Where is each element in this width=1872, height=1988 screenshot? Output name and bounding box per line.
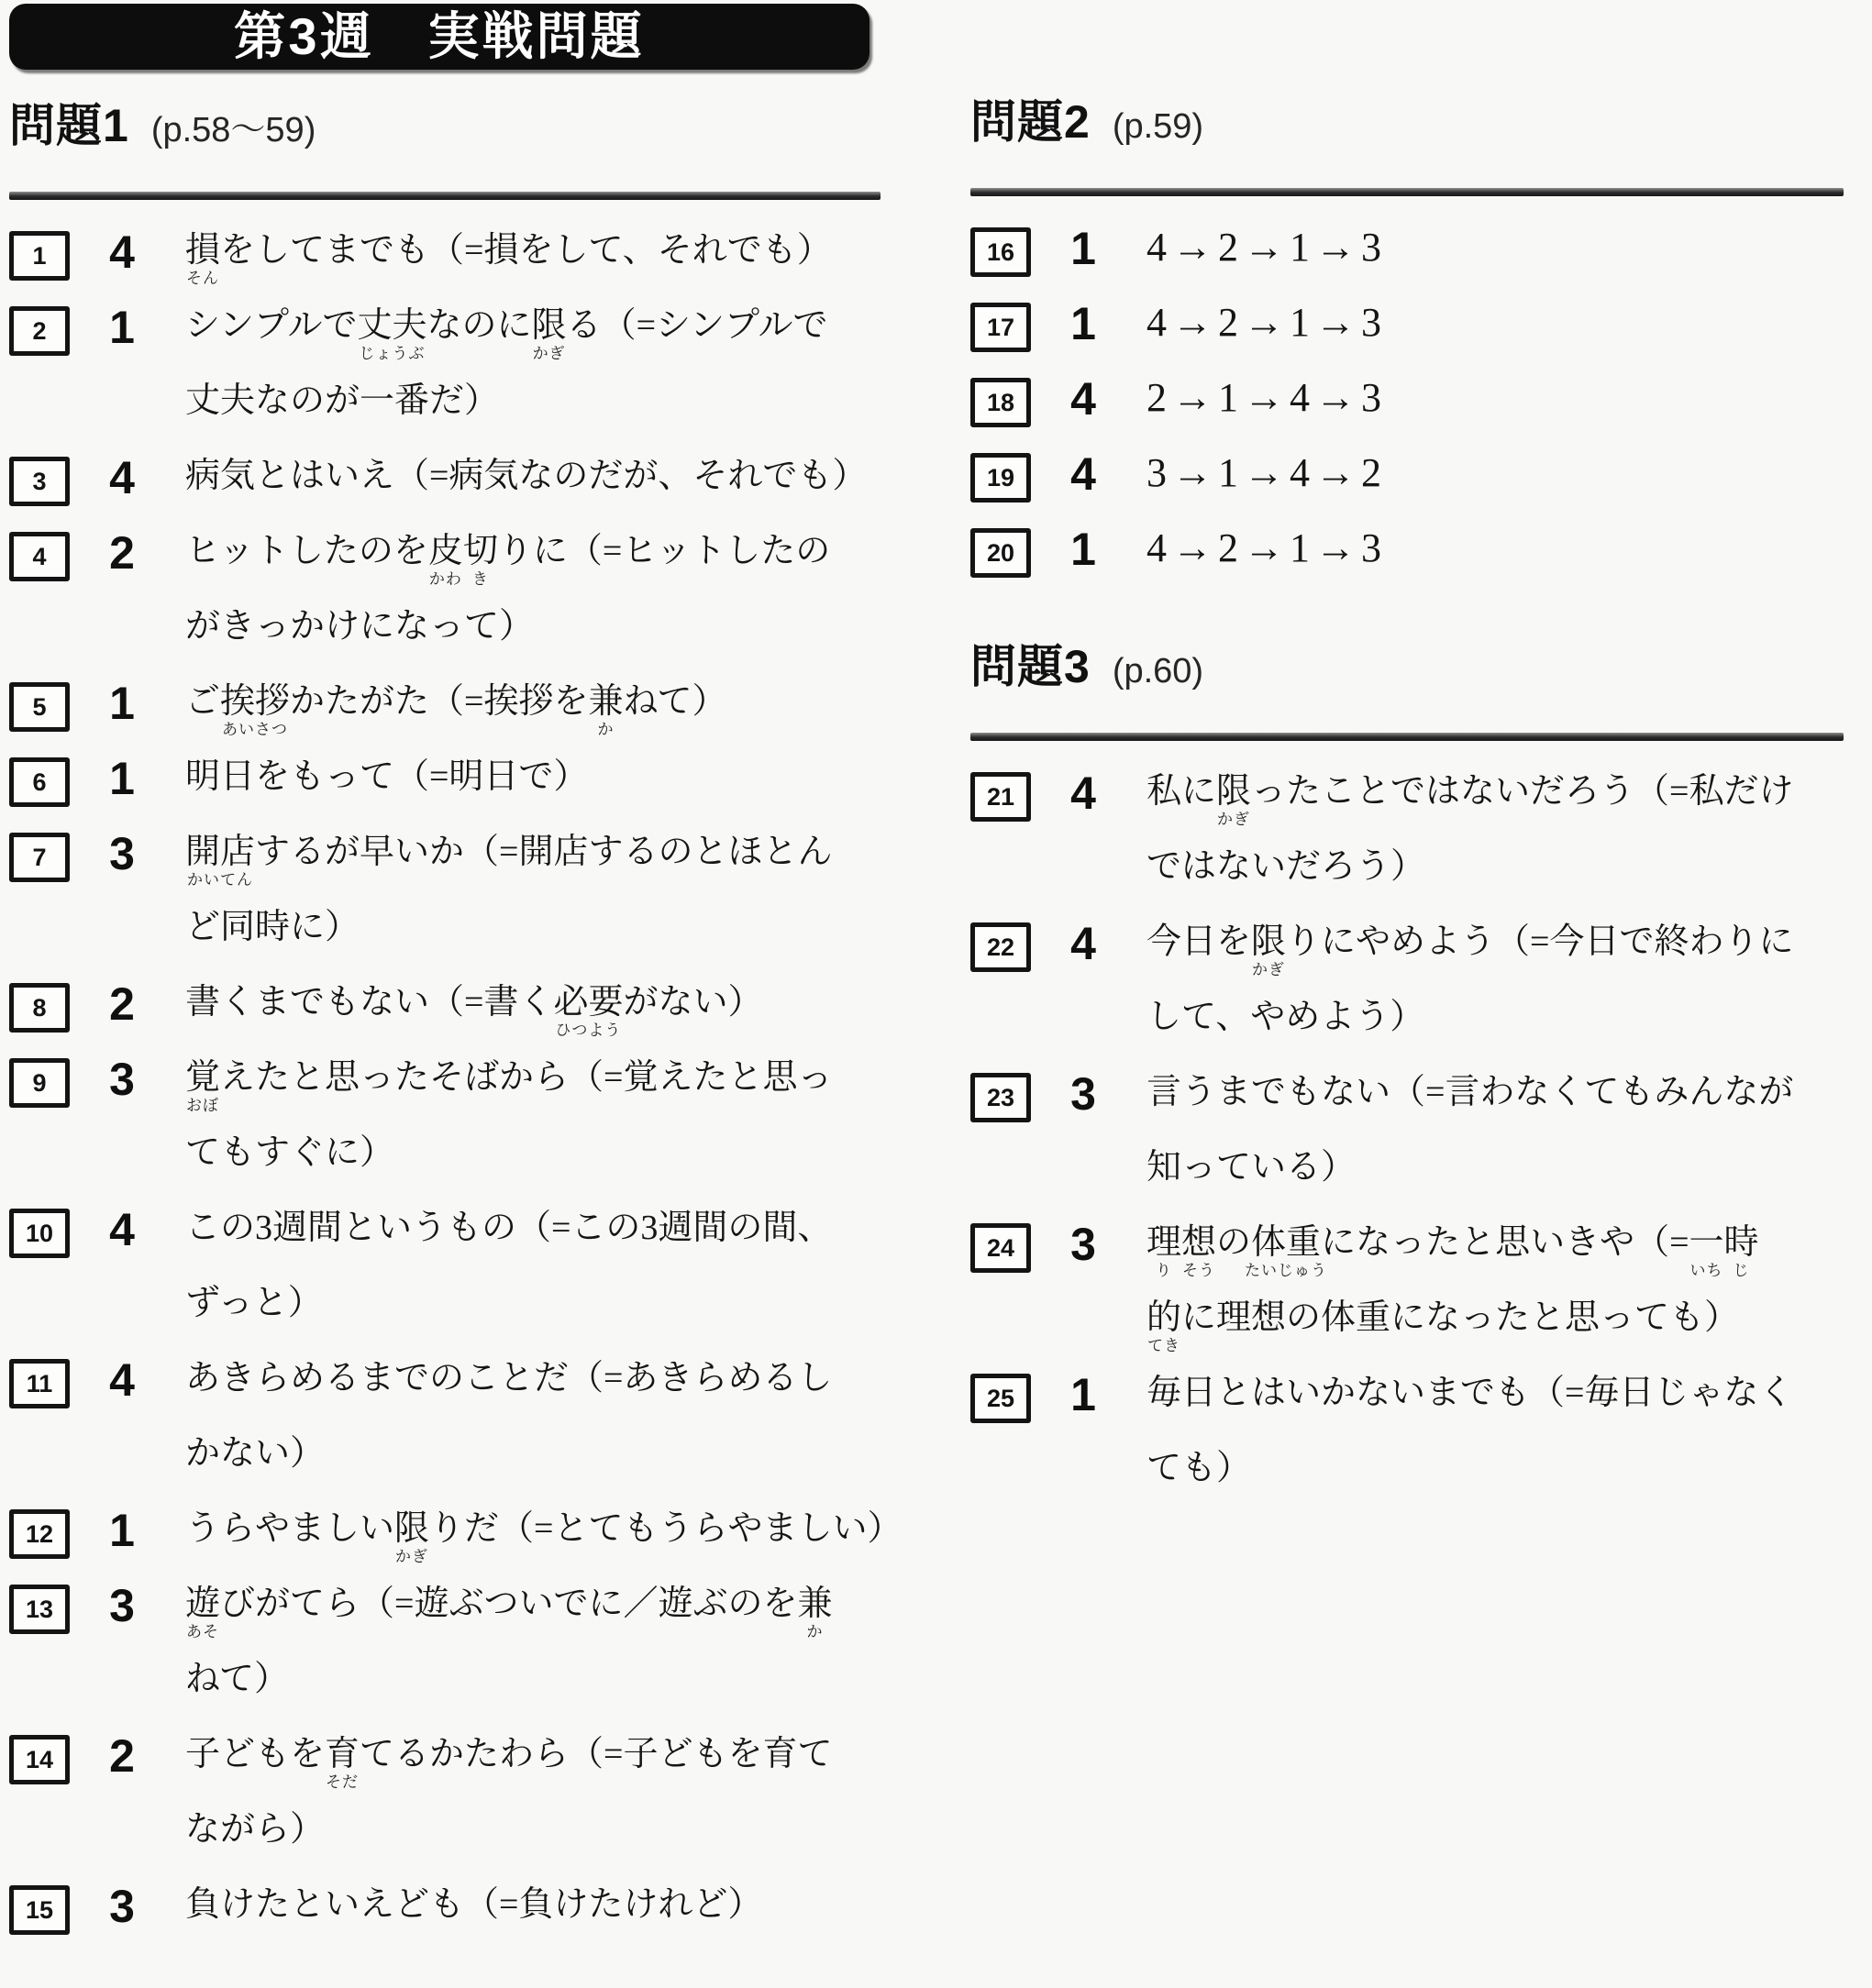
answer-line: 今日を限かぎりにやめよう（=今日で終わりに	[1146, 919, 1793, 994]
sequence-text: 2→1→4→3	[1146, 374, 1387, 449]
ruby-base: 挨拶	[220, 682, 290, 721]
section-mondai3: 問題3 (p.60) 214私に限かぎったことではないだろう（=私だけではないだ…	[970, 642, 1844, 1520]
answer-text: 2→1→4→3	[1146, 374, 1387, 449]
ruby-word: 育そだ	[325, 1731, 360, 1777]
ruby-word: 必要ひつよう	[553, 979, 623, 1025]
furigana: か	[806, 1624, 823, 1640]
answer-line: ずっと）	[185, 1280, 832, 1355]
answer-item: 34病気とはいえ（=病気なのだが、それでも）	[9, 453, 881, 528]
answer-item: 121うらやましい限かぎりだ（=とてもうらやましい）	[9, 1506, 881, 1581]
ruby-base: 育	[325, 1735, 360, 1773]
week-title-banner: 第3週 実戦問題	[9, 4, 870, 70]
ruby-base: 限	[1216, 772, 1251, 811]
answer-item: 142子どもを育そだてるかたわら（=子どもを育てながら）	[9, 1731, 881, 1882]
sequence-text: 4→2→1→3	[1146, 299, 1387, 374]
ruby-base: 時	[1724, 1223, 1759, 1262]
answer-line: この3週間というもの（=この3週間の間、	[185, 1205, 832, 1280]
answer-line: 開店かいてんするが早いか（=開店するのとほとん	[185, 829, 832, 904]
answer-number: 4	[1055, 768, 1112, 818]
answer-line: 覚おぼえたと思ったそばから（=覚えたと思っ	[185, 1055, 832, 1130]
question-number-box: 6	[9, 757, 70, 807]
answer-text: 開店かいてんするが早いか（=開店するのとほとんど同時に）	[185, 829, 832, 979]
answer-item: 61明日をもって（=明日で）	[9, 754, 881, 829]
answer-line: ねて）	[185, 1656, 832, 1731]
ruby-base: 一	[1689, 1223, 1724, 1262]
ruby-word: 遊あそ	[185, 1581, 220, 1627]
answer-item: 82書くまでもない（=書く必要ひつようがない）	[9, 979, 881, 1055]
answer-text: 病気とはいえ（=病気なのだが、それでも）	[185, 453, 867, 528]
answer-number: 4	[1055, 449, 1112, 499]
section-mondai1: 問題1 (p.58～59) 14損そんをしてまでも（=損をして、それでも）21シ…	[9, 101, 881, 1957]
answer-line: 遊あそびがてら（=遊ぶついでに／遊ぶのを兼か	[185, 1581, 832, 1656]
section-page-range: (p.59)	[1113, 107, 1203, 147]
answer-line: ご挨拶あいさつかたがた（=挨拶を兼かねて）	[185, 679, 727, 754]
question-number-box: 24	[970, 1223, 1031, 1273]
answer-line: 病気とはいえ（=病気なのだが、それでも）	[185, 453, 867, 528]
question-number-box: 22	[970, 922, 1031, 972]
answer-text: ご挨拶あいさつかたがた（=挨拶を兼かねて）	[185, 679, 727, 754]
answer-line: 私に限かぎったことではないだろう（=私だけ	[1146, 768, 1793, 844]
furigana: ひつよう	[555, 1022, 621, 1038]
answer-number: 4	[94, 1205, 150, 1254]
question-number-box: 25	[970, 1374, 1031, 1423]
ruby-base: 損	[185, 231, 220, 270]
answer-number: 2	[94, 528, 150, 578]
section-divider-rule	[970, 733, 1844, 741]
answer-number: 3	[1055, 1069, 1112, 1119]
answer-text: 4→2→1→3	[1146, 224, 1387, 299]
section-title: 問題1	[9, 101, 129, 151]
answer-line: がきっかけになって）	[185, 603, 830, 679]
answer-number: 1	[94, 1506, 150, 1555]
answer-item: 214私に限かぎったことではないだろう（=私だけではないだろう）	[970, 768, 1844, 919]
furigana: かぎ	[1252, 962, 1285, 977]
answer-list: 214私に限かぎったことではないだろう（=私だけではないだろう）224今日を限か…	[970, 768, 1844, 1520]
answer-item: 233言うまでもない（=言わなくてもみんなが知っている）	[970, 1069, 1844, 1220]
answer-number: 4	[94, 1355, 150, 1405]
ruby-base: 丈夫	[358, 306, 427, 345]
answer-number: 1	[1055, 525, 1112, 574]
answer-text: シンプルで丈夫じょうぶなのに限かぎる（=シンプルで丈夫なのが一番だ）	[185, 303, 828, 453]
answer-number: 1	[94, 303, 150, 352]
question-number-box: 2	[9, 306, 70, 356]
ruby-word: 開店かいてん	[185, 829, 255, 875]
answer-number: 1	[1055, 1370, 1112, 1419]
right-column: 問題2 (p.59) 1614→2→1→31714→2→1→31842→1→4→…	[970, 4, 1844, 1520]
ruby-word: 一いち	[1689, 1220, 1724, 1265]
ruby-word: 覚おぼ	[185, 1055, 220, 1100]
answer-line: あきらめるまでのことだ（=あきらめるし	[185, 1355, 832, 1430]
furigana: たいじゅう	[1245, 1263, 1327, 1278]
answer-text: 4→2→1→3	[1146, 299, 1387, 374]
answer-line: 的てきに理想の体重になったと思っても）	[1146, 1295, 1759, 1370]
question-number-box: 13	[9, 1585, 70, 1634]
answer-number: 1	[1055, 299, 1112, 348]
answer-text: 子どもを育そだてるかたわら（=子どもを育てながら）	[185, 1731, 832, 1882]
question-number-box: 19	[970, 453, 1031, 503]
answer-line: 書くまでもない（=書く必要ひつようがない）	[185, 979, 762, 1055]
furigana: かいてん	[187, 872, 253, 888]
answer-line: ど同時に）	[185, 904, 832, 979]
furigana: あいさつ	[222, 722, 288, 737]
answer-item: 104この3週間というもの（=この3週間の間、ずっと）	[9, 1205, 881, 1355]
section-title: 問題3	[970, 642, 1091, 692]
ruby-base: 想	[1181, 1223, 1216, 1262]
sequence-text: 4→2→1→3	[1146, 224, 1387, 299]
ruby-base: 覚	[185, 1058, 220, 1097]
furigana: か	[597, 722, 614, 737]
section-heading-row: 問題3 (p.60)	[970, 642, 1844, 692]
answer-item: 153負けたといえども（=負けたけれど）	[9, 1882, 881, 1957]
answer-number: 1	[94, 679, 150, 728]
answer-item: 1943→1→4→2	[970, 449, 1844, 525]
answer-text: この3週間というもの（=この3週間の間、ずっと）	[185, 1205, 832, 1355]
question-number-box: 18	[970, 378, 1031, 427]
answer-item: 224今日を限かぎりにやめよう（=今日で終わりにして、やめよう）	[970, 919, 1844, 1069]
ruby-base: 限	[532, 306, 567, 345]
answer-text: 損そんをしてまでも（=損をして、それでも）	[185, 227, 832, 303]
furigana: てき	[1147, 1338, 1180, 1353]
question-number-box: 3	[9, 457, 70, 506]
ruby-word: 兼か	[797, 1581, 832, 1627]
answer-item: 133遊あそびがてら（=遊ぶついでに／遊ぶのを兼かねて）	[9, 1581, 881, 1731]
question-number-box: 17	[970, 303, 1031, 352]
answer-text: 覚おぼえたと思ったそばから（=覚えたと思ってもすぐに）	[185, 1055, 832, 1205]
ruby-word: 限かぎ	[1216, 768, 1251, 814]
answer-line: ヒットしたのを皮かわ切きりに（=ヒットしたの	[185, 528, 830, 603]
answer-item: 2014→2→1→3	[970, 525, 1844, 600]
answer-text: 負けたといえども（=負けたけれど）	[185, 1882, 762, 1957]
left-column: 第3週 実戦問題 問題1 (p.58～59) 14損そんをしてまでも（=損をして…	[9, 4, 881, 1957]
answer-number: 4	[94, 453, 150, 503]
answer-text: 言うまでもない（=言わなくてもみんなが知っている）	[1146, 1069, 1793, 1220]
ruby-word: 丈夫じょうぶ	[358, 303, 427, 348]
question-number-box: 9	[9, 1058, 70, 1108]
furigana: いち	[1690, 1263, 1723, 1278]
question-number-box: 23	[970, 1073, 1031, 1122]
ruby-base: 的	[1146, 1298, 1181, 1337]
question-number-box: 8	[9, 983, 70, 1033]
answer-text: 理り想そうの体重たいじゅうになったと思いきや（=一いち時じ的てきに理想の体重にな…	[1146, 1220, 1759, 1370]
ruby-word: 理り	[1146, 1220, 1181, 1265]
ruby-base: 限	[394, 1509, 429, 1548]
furigana: り	[1156, 1263, 1172, 1278]
furigana: そだ	[326, 1774, 359, 1790]
answer-number: 2	[94, 1731, 150, 1781]
question-number-box: 14	[9, 1735, 70, 1784]
answer-line: 毎日とはいかないまでも（=毎日じゃなく	[1146, 1370, 1793, 1445]
furigana: き	[472, 571, 489, 587]
answer-item: 93覚おぼえたと思ったそばから（=覚えたと思ってもすぐに）	[9, 1055, 881, 1205]
answer-line: うらやましい限かぎりだ（=とてもうらやましい）	[185, 1506, 902, 1581]
ruby-base: 皮	[428, 532, 463, 570]
ruby-base: 必要	[553, 983, 623, 1022]
answer-text: 私に限かぎったことではないだろう（=私だけではないだろう）	[1146, 768, 1793, 919]
furigana: あそ	[186, 1624, 219, 1640]
answer-line: 理り想そうの体重たいじゅうになったと思いきや（=一いち時じ	[1146, 1220, 1759, 1295]
furigana: かぎ	[1217, 812, 1250, 827]
question-number-box: 20	[970, 528, 1031, 578]
answer-text: うらやましい限かぎりだ（=とてもうらやましい）	[185, 1506, 902, 1581]
question-number-box: 5	[9, 682, 70, 732]
section-divider-rule	[970, 188, 1844, 196]
ruby-base: 開店	[185, 833, 255, 871]
furigana: じ	[1734, 1263, 1750, 1278]
question-number-box: 10	[9, 1209, 70, 1258]
ruby-base: 切	[463, 532, 498, 570]
week-title: 第3週 実戦問題	[234, 11, 644, 62]
ruby-word: 切き	[463, 528, 498, 574]
ruby-word: 皮かわ	[428, 528, 463, 574]
question-number-box: 4	[9, 532, 70, 581]
answer-line: 子どもを育そだてるかたわら（=子どもを育て	[185, 1731, 832, 1806]
ruby-word: 的てき	[1146, 1295, 1181, 1341]
answer-item: 243理り想そうの体重たいじゅうになったと思いきや（=一いち時じ的てきに理想の体…	[970, 1220, 1844, 1370]
answer-line: 丈夫なのが一番だ）	[185, 378, 828, 453]
answer-number: 1	[94, 754, 150, 803]
question-number-box: 16	[970, 227, 1031, 277]
answer-line: 知っている）	[1146, 1144, 1793, 1220]
ruby-word: 兼か	[588, 679, 623, 724]
answer-number: 2	[94, 979, 150, 1029]
ruby-word: 想そう	[1181, 1220, 1216, 1265]
ruby-word: 時じ	[1724, 1220, 1759, 1265]
answer-number: 3	[94, 1882, 150, 1931]
ruby-word: 損そん	[185, 227, 220, 273]
answer-item: 42ヒットしたのを皮かわ切きりに（=ヒットしたのがきっかけになって）	[9, 528, 881, 679]
answer-item: 1614→2→1→3	[970, 224, 1844, 299]
furigana: じょうぶ	[360, 346, 426, 361]
answer-item: 21シンプルで丈夫じょうぶなのに限かぎる（=シンプルで丈夫なのが一番だ）	[9, 303, 881, 453]
answer-item: 73開店かいてんするが早いか（=開店するのとほとんど同時に）	[9, 829, 881, 979]
answer-line: 明日をもって（=明日で）	[185, 754, 588, 829]
question-number-box: 12	[9, 1509, 70, 1559]
answer-text: 今日を限かぎりにやめよう（=今日で終わりにして、やめよう）	[1146, 919, 1793, 1069]
answer-item: 1842→1→4→3	[970, 374, 1844, 449]
ruby-word: 限かぎ	[532, 303, 567, 348]
ruby-base: 体重	[1251, 1223, 1321, 1262]
answer-line: てもすぐに）	[185, 1130, 832, 1205]
ruby-word: 体重たいじゅう	[1251, 1220, 1321, 1265]
answer-text: 明日をもって（=明日で）	[185, 754, 588, 829]
section-page-range: (p.60)	[1113, 652, 1203, 691]
answer-text: 遊あそびがてら（=遊ぶついでに／遊ぶのを兼かねて）	[185, 1581, 832, 1731]
answer-line: 言うまでもない（=言わなくてもみんなが	[1146, 1069, 1793, 1144]
question-number-box: 7	[9, 833, 70, 882]
answer-item: 114あきらめるまでのことだ（=あきらめるしかない）	[9, 1355, 881, 1506]
section-heading-row: 問題2 (p.59)	[970, 97, 1844, 148]
answer-item: 251毎日とはいかないまでも（=毎日じゃなくても）	[970, 1370, 1844, 1520]
section-page-range: (p.58～59)	[151, 101, 316, 151]
ruby-base: 遊	[185, 1585, 220, 1623]
answer-number: 3	[94, 1581, 150, 1630]
answer-number: 4	[1055, 374, 1112, 424]
ruby-base: 兼	[588, 682, 623, 721]
answer-line: して、やめよう）	[1146, 994, 1793, 1069]
furigana: かぎ	[395, 1549, 428, 1564]
furigana: かぎ	[533, 346, 566, 361]
section-heading-row: 問題1 (p.58～59)	[9, 101, 881, 151]
answer-list: 14損そんをしてまでも（=損をして、それでも）21シンプルで丈夫じょうぶなのに限…	[9, 227, 881, 1957]
answer-text: ヒットしたのを皮かわ切きりに（=ヒットしたのがきっかけになって）	[185, 528, 830, 679]
furigana: かわ	[429, 571, 462, 587]
ruby-base: 理	[1146, 1223, 1181, 1262]
answer-number: 4	[94, 227, 150, 277]
ruby-word: 挨拶あいさつ	[220, 679, 290, 724]
question-number-box: 15	[9, 1885, 70, 1935]
answer-item: 14損そんをしてまでも（=損をして、それでも）	[9, 227, 881, 303]
answer-number: 3	[94, 829, 150, 878]
answer-line: ながら）	[185, 1806, 832, 1882]
section-mondai2: 問題2 (p.59) 1614→2→1→31714→2→1→31842→1→4→…	[970, 97, 1844, 600]
answer-item: 51ご挨拶あいさつかたがた（=挨拶を兼かねて）	[9, 679, 881, 754]
ruby-base: 限	[1251, 922, 1286, 961]
answer-line: ても）	[1146, 1445, 1793, 1520]
answer-text: 3→1→4→2	[1146, 449, 1387, 525]
answer-text: 4→2→1→3	[1146, 525, 1387, 600]
question-number-box: 21	[970, 772, 1031, 822]
answer-number: 1	[1055, 224, 1112, 273]
sequence-text: 3→1→4→2	[1146, 449, 1387, 525]
sequence-text: 4→2→1→3	[1146, 525, 1387, 600]
answer-line: 負けたといえども（=負けたけれど）	[185, 1882, 762, 1957]
answer-number: 3	[94, 1055, 150, 1104]
ruby-word: 限かぎ	[1251, 919, 1286, 965]
answer-item: 1714→2→1→3	[970, 299, 1844, 374]
answer-line: かない）	[185, 1430, 832, 1506]
furigana: そん	[186, 271, 219, 286]
question-number-box: 1	[9, 231, 70, 281]
answer-line: 損そんをしてまでも（=損をして、それでも）	[185, 227, 832, 303]
furigana: そう	[1182, 1263, 1215, 1278]
furigana: おぼ	[186, 1098, 219, 1113]
ruby-word: 限かぎ	[394, 1506, 429, 1552]
answer-list: 1614→2→1→31714→2→1→31842→1→4→31943→1→4→2…	[970, 224, 1844, 600]
answer-number: 4	[1055, 919, 1112, 968]
answer-text: あきらめるまでのことだ（=あきらめるしかない）	[185, 1355, 832, 1506]
answer-text: 書くまでもない（=書く必要ひつようがない）	[185, 979, 762, 1055]
section-divider-rule	[9, 192, 881, 200]
question-number-box: 11	[9, 1359, 70, 1408]
section-title: 問題2	[970, 97, 1091, 148]
answer-key-page: 第3週 実戦問題 問題1 (p.58～59) 14損そんをしてまでも（=損をして…	[0, 0, 1872, 1988]
ruby-base: 兼	[797, 1585, 832, 1623]
answer-text: 毎日とはいかないまでも（=毎日じゃなくても）	[1146, 1370, 1793, 1520]
answer-line: ではないだろう）	[1146, 844, 1793, 919]
answer-number: 3	[1055, 1220, 1112, 1269]
answer-line: シンプルで丈夫じょうぶなのに限かぎる（=シンプルで	[185, 303, 828, 378]
